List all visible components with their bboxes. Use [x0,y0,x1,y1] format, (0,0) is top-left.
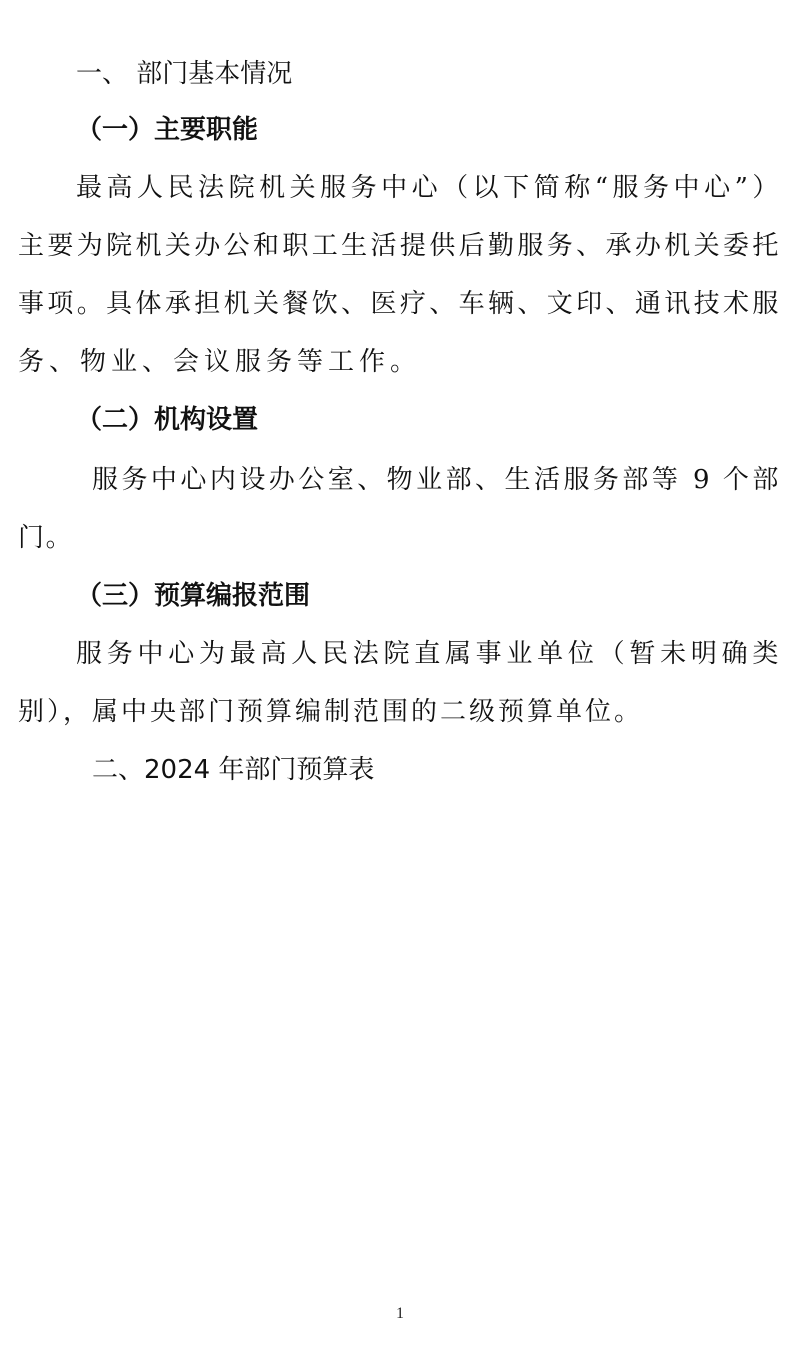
paragraph-line: 主要为院机关办公和职工生活提供后勤服务、承办机关委托 [18,230,780,262]
paragraph-line: 门。 [18,522,73,554]
subsection-heading-structure: （二）机构设置 [76,404,258,436]
paragraph-line: 务、物业、会议服务等工作。 [18,346,421,378]
subsection-heading-functions: （一）主要职能 [76,114,258,146]
paragraph-line: 最高人民法院机关服务中心（以下简称“服务中心”） [76,172,780,204]
section-heading-2: 二、2024 年部门预算表 [92,754,374,786]
section-heading-1: 一、 部门基本情况 [76,58,292,90]
paragraph-line: 事项。具体承担机关餐饮、医疗、车辆、文印、通讯技术服 [18,288,780,320]
paragraph-line: 服务中心为最高人民法院直属事业单位（暂未明确类 [76,638,780,670]
subsection-heading-scope: （三）预算编报范围 [76,580,310,612]
page-number: 1 [0,1305,800,1323]
paragraph-line: 服务中心内设办公室、物业部、生活服务部等 9 个部 [92,464,780,496]
paragraph-line: 别），属中央部门预算编制范围的二级预算单位。 [18,696,643,728]
